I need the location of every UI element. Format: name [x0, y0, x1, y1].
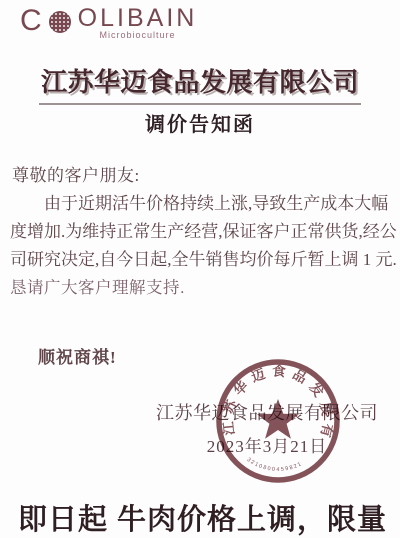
company-title: 江苏华迈食品发展有限公司	[0, 62, 400, 105]
closing-wish: 顺祝商祺!	[38, 343, 117, 368]
stamp-serial-number: 3210800459821	[246, 457, 304, 473]
logo-name-block: OLIBAIN Microbioculture	[78, 4, 198, 40]
company-logo: C OLIBAIN Microbioculture	[20, 4, 197, 40]
company-seal-stamp: 江苏华迈食品发展有限公司 3210800459821	[214, 357, 342, 485]
price-notice-page: C OLIBAIN Microbioculture 江苏华迈食品发展有限公司 调…	[0, 0, 400, 538]
body-line: 度增加.为维持正常生产经营,保证客户正常供货,经公	[10, 218, 396, 246]
body-line: 司研究决定,自今日起,全牛销售均价每斤暂上调 1 元.	[10, 246, 396, 274]
company-title-text: 江苏华迈食品发展有限公司	[39, 62, 361, 105]
body-line: 恳请广大客户理解支持.	[10, 274, 396, 302]
dotted-sphere-icon	[49, 11, 71, 33]
notice-body: 由于近期活牛价格持续上涨,导致生产成本大幅 度增加.为维持正常生产经营,保证客户…	[10, 190, 396, 302]
bottom-headline: 即日起 牛肉价格上调，限量	[18, 497, 398, 538]
svg-text:3210800459821: 3210800459821	[246, 457, 304, 473]
logo-subtitle: Microbioculture	[99, 30, 175, 40]
salutation: 尊敬的客户朋友:	[12, 161, 140, 186]
logo-letter-c: C	[20, 6, 42, 36]
star-icon	[257, 399, 299, 439]
notice-title: 调价告知函	[0, 108, 400, 137]
logo-brand-name: OLIBAIN	[78, 5, 198, 31]
body-line: 由于近期活牛价格持续上涨,导致生产成本大幅	[10, 190, 396, 218]
